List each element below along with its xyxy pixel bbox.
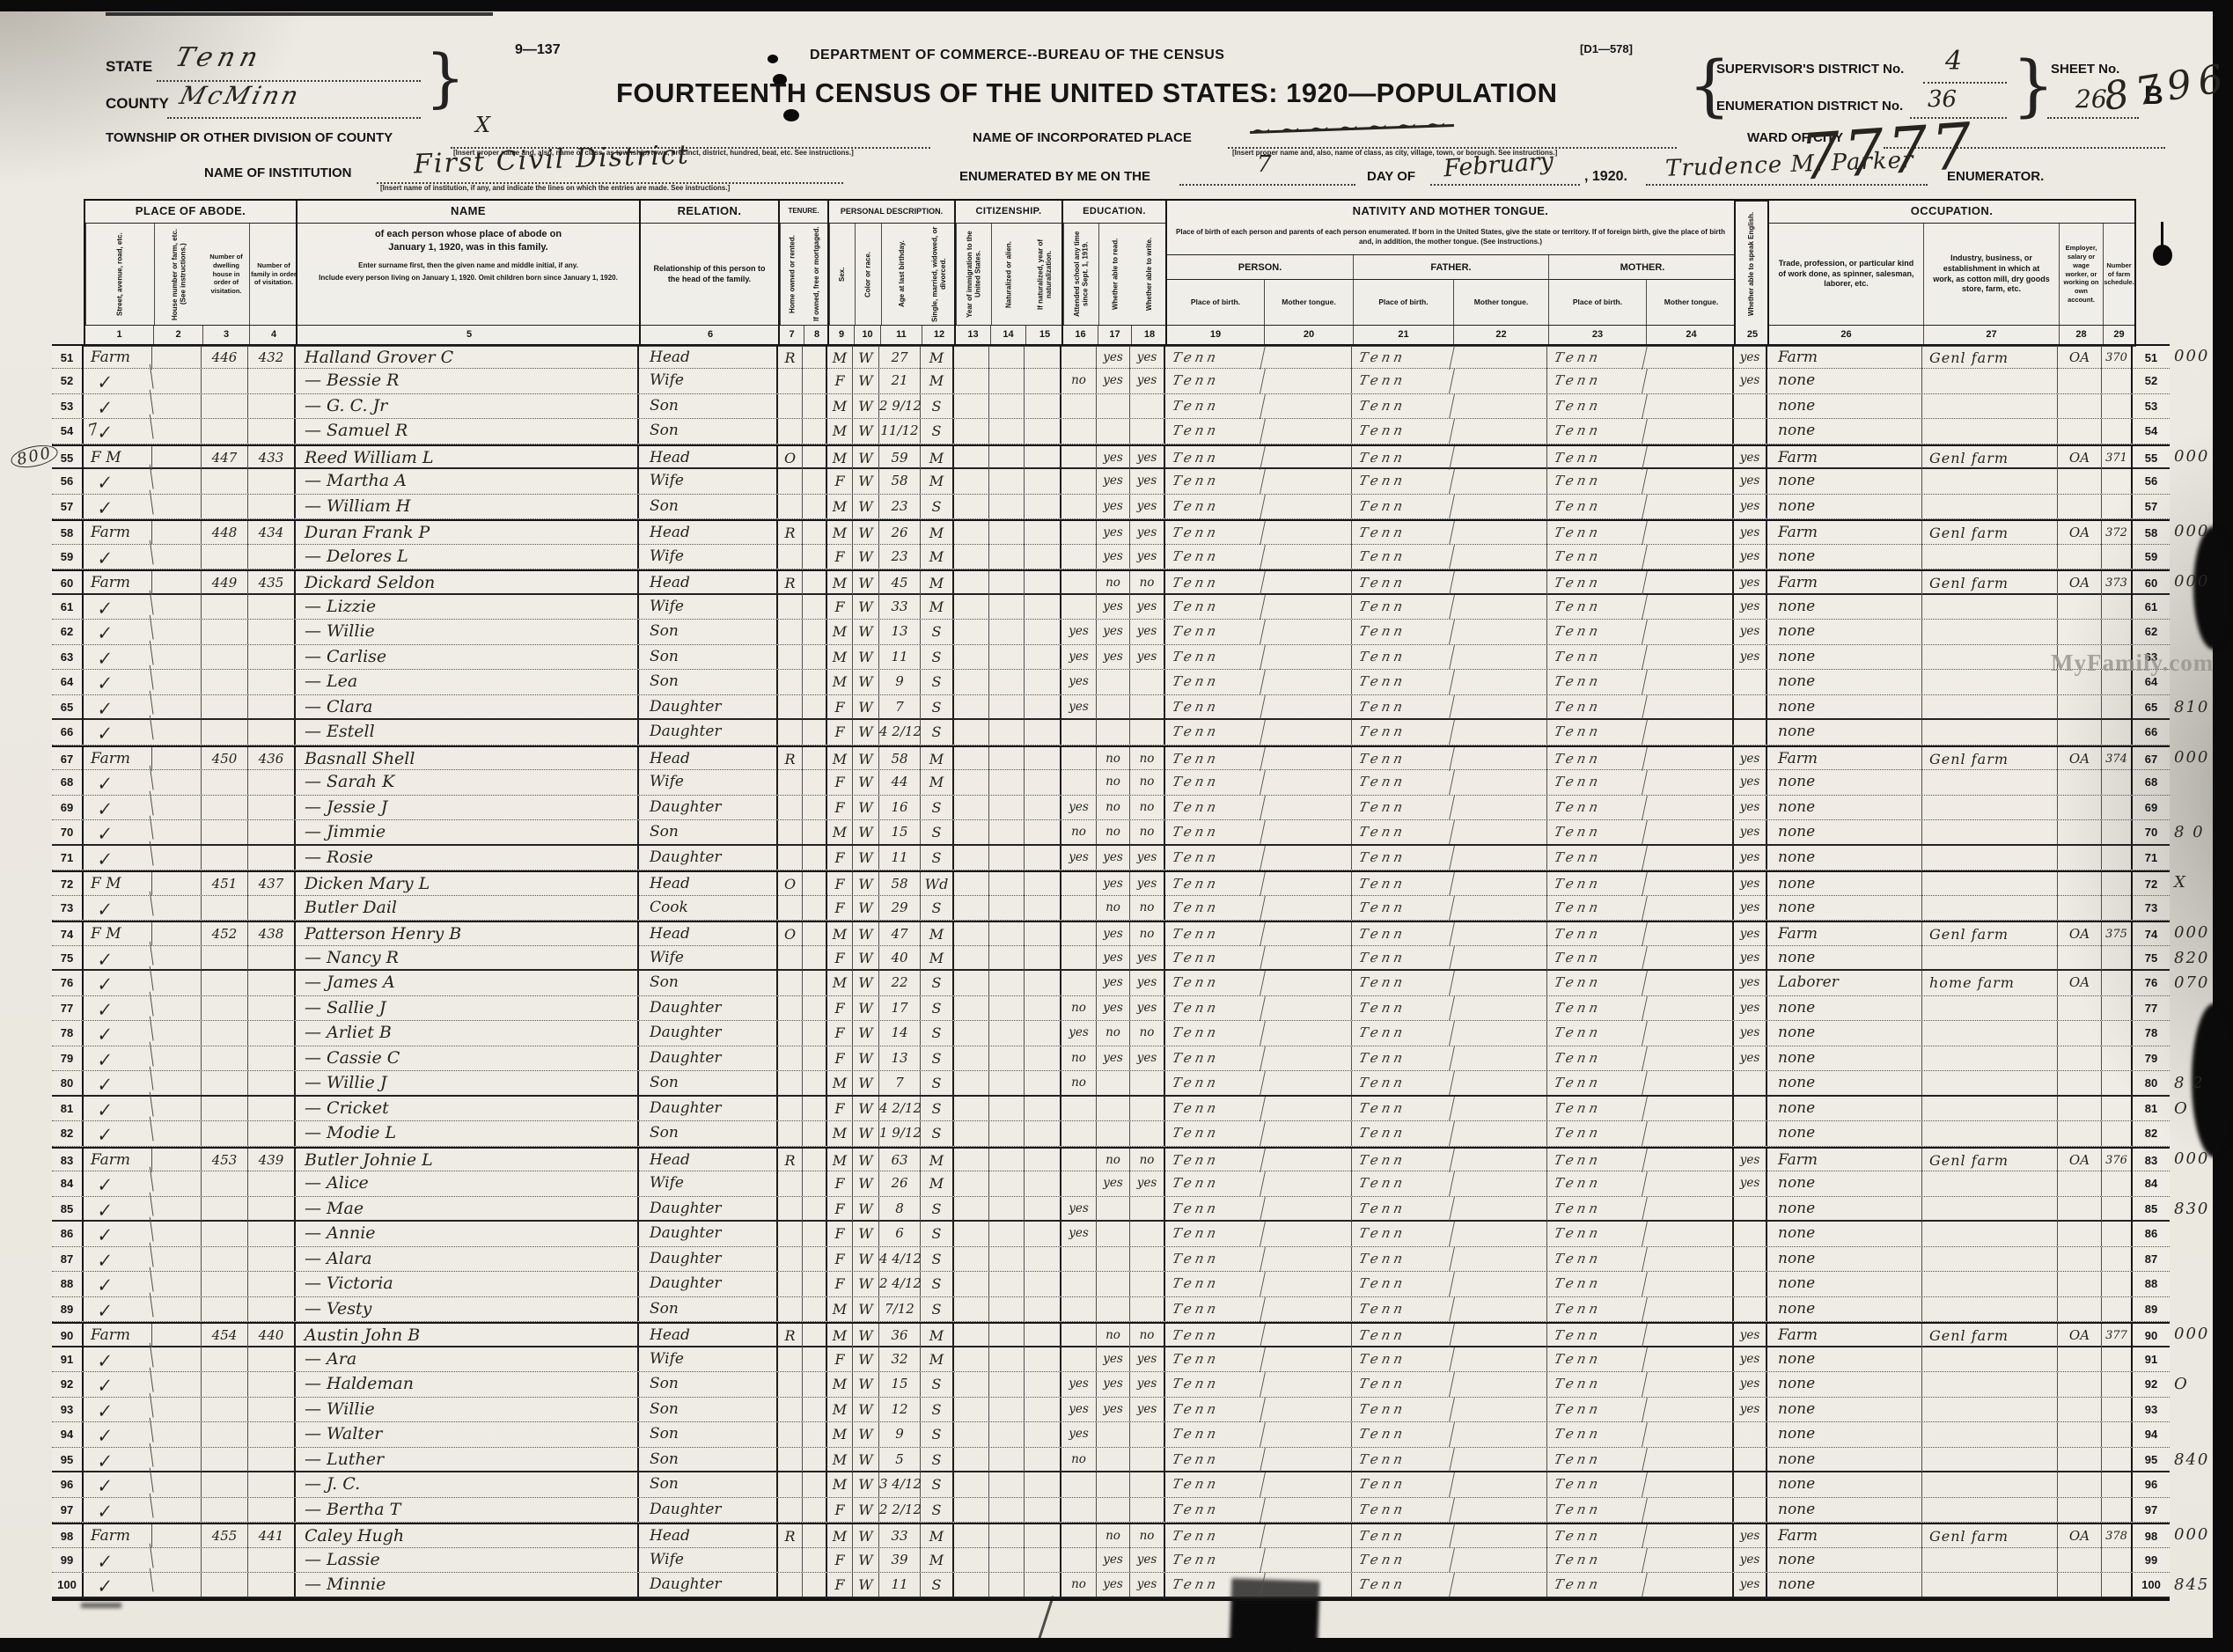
cell-attended-school	[1061, 971, 1097, 995]
cell-able-to-read	[1097, 1121, 1130, 1146]
cell-attended-school	[1061, 346, 1097, 370]
cell-naturalization-year	[1025, 1071, 1061, 1095]
cell-marital: S	[921, 1272, 954, 1296]
cell-trade: none	[1767, 770, 1922, 795]
line-number-left: 96	[52, 1472, 84, 1497]
cell-speak-english	[1734, 720, 1767, 745]
line-number-left: 51	[52, 346, 84, 370]
line-number-left: 73	[52, 896, 84, 921]
cell-marital: S	[921, 796, 954, 820]
cell-employer	[2058, 1247, 2102, 1272]
cell-color-race: W	[853, 796, 879, 820]
table-row: 72F M451437Dicken Mary LHeadOFW58Wdyesye…	[52, 870, 2170, 896]
line-number-right: 75	[2133, 946, 2170, 970]
cell-age: 47	[879, 922, 921, 946]
line-number-left: 58	[52, 521, 84, 545]
cell-pob-father: Tenn	[1349, 1524, 1455, 1548]
cell-able-to-read: yes	[1097, 521, 1130, 545]
cell-trade: none	[1767, 545, 1922, 569]
cell-mt-person	[1263, 1171, 1352, 1196]
cell-farm-schedule	[2102, 1197, 2133, 1221]
cell-able-to-read: no	[1097, 571, 1130, 595]
cell-pob-person: Tenn	[1163, 695, 1266, 719]
cell-speak-english	[1734, 1272, 1767, 1296]
cell-pob-mother: Tenn	[1545, 1498, 1648, 1523]
col-head-industry: Industry, business, or establishment in …	[1924, 224, 2060, 325]
cell-color-race: W	[853, 545, 879, 569]
cell-farm-schedule	[2102, 1121, 2133, 1146]
cell-house-number	[152, 620, 202, 644]
cell-pob-mother: Tenn	[1545, 846, 1648, 870]
cell-trade: none	[1767, 1372, 1922, 1397]
cell-mt-mother	[1645, 896, 1734, 921]
cell-attended-school	[1061, 595, 1097, 620]
cell-naturalized	[989, 1046, 1025, 1071]
table-header: PLACE OF ABODE. Street, avenue, road, et…	[84, 199, 2136, 347]
cell-dwelling-number	[202, 1398, 248, 1422]
cell-relation: Daughter	[639, 1573, 778, 1597]
cell-trade: none	[1767, 796, 1922, 820]
cell-trade: none	[1767, 720, 1922, 745]
cell-able-to-write: yes	[1130, 1347, 1165, 1372]
cell-pob-mother: Tenn	[1545, 971, 1648, 995]
cell-free-mortgaged	[803, 346, 827, 370]
cell-pob-person: Tenn	[1163, 1448, 1266, 1472]
cell-mt-father	[1452, 720, 1547, 745]
footer-print-smudge	[81, 1603, 121, 1608]
right-margin-scrawl: 000	[2174, 447, 2209, 466]
cell-free-mortgaged	[803, 1548, 827, 1573]
cell-home-owned	[778, 1372, 803, 1397]
cell-able-to-write: no	[1130, 922, 1165, 946]
cell-mt-person	[1263, 996, 1352, 1021]
cell-marital: S	[921, 846, 954, 870]
cell-pob-mother: Tenn	[1545, 747, 1648, 771]
cell-family-number	[248, 1347, 296, 1372]
cell-pob-person: Tenn	[1163, 1197, 1266, 1221]
cell-mt-mother	[1645, 1422, 1734, 1447]
cell-age: 32	[879, 1347, 921, 1372]
cell-speak-english: yes	[1734, 469, 1767, 494]
name-note-1: Enter surname first, then the given name…	[297, 260, 639, 272]
cell-family-number: 440	[248, 1324, 296, 1347]
cell-mt-person	[1263, 469, 1352, 494]
line-number-right: 89	[2133, 1297, 2170, 1322]
cell-naturalized	[989, 1524, 1025, 1548]
cell-able-to-write: no	[1130, 1524, 1165, 1548]
cell-age: 63	[879, 1149, 921, 1172]
cell-speak-english	[1734, 394, 1767, 419]
cell-farm-schedule: 371	[2102, 446, 2133, 470]
cell-house-number	[152, 1097, 202, 1121]
cell-sex: F	[827, 1021, 853, 1046]
cell-free-mortgaged	[803, 1297, 827, 1322]
table-row: 60Farm449435Dickard SeldonHeadRMW45Mnono…	[52, 569, 2170, 595]
cell-mt-father	[1452, 369, 1547, 393]
col-head-immigration-year: Year of immigration to the United States…	[956, 224, 991, 325]
cell-relation: Wife	[639, 770, 778, 795]
cell-age: 14	[879, 1021, 921, 1046]
cell-home-owned: R	[778, 1324, 803, 1347]
table-row: 75✓— Nancy RWifeFW40MyesyesTennTennTenny…	[52, 946, 2170, 972]
cell-family-number	[248, 394, 296, 419]
right-margin-scrawl: 845	[2174, 1575, 2209, 1594]
cell-attended-school: no	[1061, 1046, 1097, 1071]
cell-name: — Willie	[296, 1398, 639, 1422]
cell-mt-mother	[1645, 1121, 1734, 1146]
cell-mt-father	[1452, 946, 1547, 970]
col-number: 25	[1736, 326, 1769, 345]
cell-dwelling-number	[202, 1222, 248, 1246]
cell-pob-person: Tenn	[1163, 1498, 1266, 1523]
cell-naturalization-year	[1025, 419, 1061, 444]
right-margin-scrawl: 840	[2174, 1450, 2209, 1469]
cell-home-owned	[778, 1398, 803, 1422]
cell-color-race: W	[853, 896, 879, 921]
line-number-left: 63	[52, 645, 84, 670]
cell-age: 40	[879, 946, 921, 970]
cell-pob-father: Tenn	[1349, 1573, 1455, 1597]
cell-speak-english: yes	[1734, 1398, 1767, 1422]
cell-immigration-year	[954, 1197, 989, 1221]
cell-attended-school	[1061, 394, 1097, 419]
cell-mt-father	[1452, 1324, 1547, 1347]
nativity-person: PERSON.	[1167, 255, 1354, 279]
cell-pob-father: Tenn	[1349, 469, 1455, 494]
cell-speak-english: yes	[1734, 1021, 1767, 1046]
group-speak-english: Whether able to speak English. 25	[1736, 201, 1769, 345]
enumerated-day-line	[1179, 183, 1355, 186]
cell-pob-person: Tenn	[1163, 1121, 1266, 1146]
cell-dwelling-number: 452	[202, 922, 248, 946]
cell-home-owned	[778, 695, 803, 719]
cell-attended-school: no	[1061, 820, 1097, 844]
sheet-value: 26	[2075, 84, 2107, 114]
cell-trade: none	[1767, 620, 1922, 644]
cell-free-mortgaged	[803, 394, 827, 419]
cell-pob-person: Tenn	[1163, 1247, 1266, 1272]
cell-attended-school	[1061, 1472, 1097, 1497]
cell-pob-mother: Tenn	[1545, 1197, 1648, 1221]
cell-home-owned	[778, 946, 803, 970]
cell-free-mortgaged	[803, 1171, 827, 1196]
cell-marital: S	[921, 1197, 954, 1221]
cell-sex: M	[827, 394, 853, 419]
table-row: 95✓— LutherSonMW5SnoTennTennTennnone95	[52, 1448, 2170, 1473]
cell-free-mortgaged	[803, 922, 827, 946]
cell-naturalization-year	[1025, 720, 1061, 745]
cell-pob-father: Tenn	[1349, 695, 1455, 719]
line-number-right: 52	[2133, 369, 2170, 393]
cell-pob-father: Tenn	[1349, 820, 1455, 844]
cell-naturalized	[989, 1472, 1025, 1497]
cell-mt-father	[1452, 1197, 1547, 1221]
cell-family-number: 439	[248, 1149, 296, 1172]
cell-dwelling-number	[202, 369, 248, 393]
day-of-label: DAY OF	[1367, 169, 1415, 184]
cell-relation: Son	[639, 1472, 778, 1497]
cell-farm-schedule	[2102, 1171, 2133, 1196]
cell-naturalized	[989, 922, 1025, 946]
col-head-naturalized: Naturalized or alien.	[991, 224, 1026, 325]
cell-able-to-read: yes	[1097, 645, 1130, 670]
cell-farm-schedule	[2102, 595, 2133, 620]
cell-mt-mother	[1645, 1372, 1734, 1397]
supervisor-line	[1923, 81, 2007, 84]
cell-house-number	[152, 446, 202, 470]
cell-industry: Genl farm	[1922, 346, 2058, 370]
cell-age: 11	[879, 645, 921, 670]
cell-pob-father: Tenn	[1349, 1422, 1455, 1447]
cell-house-number	[152, 922, 202, 946]
cell-family-number	[248, 1448, 296, 1472]
cell-pob-person: Tenn	[1163, 872, 1266, 896]
cell-pob-mother: Tenn	[1545, 1347, 1648, 1372]
cell-free-mortgaged	[803, 720, 827, 745]
cell-relation: Head	[639, 1524, 778, 1548]
cell-farm-schedule	[2102, 846, 2133, 870]
cell-marital: M	[921, 770, 954, 795]
line-number-right: 70	[2133, 820, 2170, 844]
cell-mt-person	[1263, 1021, 1352, 1046]
cell-name: Basnall Shell	[296, 747, 639, 771]
cell-able-to-read	[1097, 1472, 1130, 1497]
table-row: 76✓— James ASonMW22SyesyesTennTennTennye…	[52, 971, 2170, 996]
cell-mt-father	[1452, 571, 1547, 595]
cell-age: 4 4/12	[879, 1247, 921, 1272]
cell-immigration-year	[954, 820, 989, 844]
table-body: 51Farm446432Halland Grover CHeadRMW27Mye…	[52, 344, 2170, 1601]
cell-dwelling-number	[202, 796, 248, 820]
cell-naturalized	[989, 695, 1025, 719]
cell-name: — Rosie	[296, 846, 639, 870]
cell-trade: Farm	[1767, 346, 1922, 370]
cell-name: — Bessie R	[296, 369, 639, 393]
cell-family-number	[248, 595, 296, 620]
cell-family-number	[248, 1097, 296, 1121]
cell-name: — Bertha T	[296, 1498, 639, 1523]
right-margin-scrawl: 000	[2174, 1525, 2209, 1544]
cell-age: 9	[879, 670, 921, 694]
cell-able-to-read: yes	[1097, 446, 1130, 470]
cell-age: 16	[879, 796, 921, 820]
cell-able-to-write: yes	[1130, 1171, 1165, 1196]
cell-pob-mother: Tenn	[1545, 1149, 1648, 1172]
cell-farm-schedule: 370	[2102, 346, 2133, 370]
cell-able-to-read: yes	[1097, 620, 1130, 644]
cell-trade: none	[1767, 1347, 1922, 1372]
cell-attended-school	[1061, 1171, 1097, 1196]
cell-able-to-write: yes	[1130, 645, 1165, 670]
cell-marital: M	[921, 1149, 954, 1172]
cell-naturalized	[989, 469, 1025, 494]
cell-sex: M	[827, 1071, 853, 1095]
cell-able-to-write	[1130, 1197, 1165, 1221]
cell-name: — Clara	[296, 695, 639, 719]
table-row: 56✓— Martha AWifeFW58MyesyesTennTennTenn…	[52, 469, 2170, 495]
cell-industry	[1922, 419, 2058, 444]
cell-employer	[2058, 796, 2102, 820]
cell-immigration-year	[954, 620, 989, 644]
cell-farm-schedule	[2102, 1548, 2133, 1573]
group-tenure: TENURE. Home owned or rented. If owned, …	[780, 201, 829, 345]
cell-name: — Lizzie	[296, 595, 639, 620]
cell-name: — Cricket	[296, 1097, 639, 1121]
cell-pob-father: Tenn	[1349, 846, 1455, 870]
cell-naturalization-year	[1025, 820, 1061, 844]
cell-free-mortgaged	[803, 369, 827, 393]
cell-attended-school	[1061, 1247, 1097, 1272]
cell-sex: M	[827, 419, 853, 444]
line-number-left: 91	[52, 1347, 84, 1372]
cell-able-to-write: yes	[1130, 346, 1165, 370]
cell-immigration-year	[954, 394, 989, 419]
cell-color-race: W	[853, 495, 879, 519]
cell-naturalization-year	[1025, 996, 1061, 1021]
cell-mt-mother	[1645, 369, 1734, 393]
cell-mt-father	[1452, 1046, 1547, 1071]
cell-naturalized	[989, 595, 1025, 620]
cell-sex: M	[827, 1524, 853, 1548]
cell-farm-schedule	[2102, 1398, 2133, 1422]
cell-mt-person	[1263, 670, 1352, 694]
cell-mt-father	[1452, 595, 1547, 620]
table-row: 68✓— Sarah KWifeFW44MnonoTennTennTennyes…	[52, 770, 2170, 796]
cell-pob-person: Tenn	[1163, 747, 1266, 771]
cell-able-to-read: yes	[1097, 1548, 1130, 1573]
table-row: 81✓— CricketDaughterFW4 2/12STennTennTen…	[52, 1097, 2170, 1122]
cell-family-number	[248, 896, 296, 921]
cell-color-race: W	[853, 620, 879, 644]
line-number-right: 57	[2133, 495, 2170, 519]
cell-dwelling-number	[202, 770, 248, 795]
cell-naturalized	[989, 495, 1025, 519]
incorporated-label: NAME OF INCORPORATED PLACE	[973, 130, 1192, 145]
cell-employer: OA	[2058, 1324, 2102, 1347]
cell-industry	[1922, 1121, 2058, 1146]
cell-attended-school	[1061, 446, 1097, 470]
table-row: 100✓— MinnieDaughterFW11SnoyesyesTennTen…	[52, 1573, 2170, 1598]
cell-marital: S	[921, 971, 954, 995]
scan-edge-bottom	[0, 1638, 2233, 1652]
cell-marital: S	[921, 1222, 954, 1246]
line-number-left: 93	[52, 1398, 84, 1422]
cell-home-owned	[778, 1171, 803, 1196]
cell-mt-father	[1452, 922, 1547, 946]
cell-mt-person	[1263, 820, 1352, 844]
cell-immigration-year	[954, 1097, 989, 1121]
cell-age: 7	[879, 1071, 921, 1095]
line-number-right: 55	[2133, 446, 2170, 470]
cell-free-mortgaged	[803, 1071, 827, 1095]
cell-pob-father: Tenn	[1349, 1472, 1455, 1497]
cell-immigration-year	[954, 1247, 989, 1272]
cell-trade: none	[1767, 1472, 1922, 1497]
cell-name: — Modie L	[296, 1121, 639, 1146]
cell-dwelling-number	[202, 620, 248, 644]
cell-able-to-read	[1097, 1272, 1130, 1296]
line-number-right: 51	[2133, 346, 2170, 370]
cell-family-number: 441	[248, 1524, 296, 1548]
cell-house-number	[152, 1197, 202, 1221]
cell-house-number	[152, 996, 202, 1021]
cell-pob-father: Tenn	[1349, 770, 1455, 795]
cell-mt-mother	[1645, 770, 1734, 795]
cell-naturalized	[989, 996, 1025, 1021]
cell-speak-english	[1734, 695, 1767, 719]
cell-industry	[1922, 1071, 2058, 1095]
cell-speak-english	[1734, 1222, 1767, 1246]
cell-sex: F	[827, 770, 853, 795]
cell-marital: S	[921, 1398, 954, 1422]
cell-trade: Farm	[1767, 446, 1922, 470]
cell-industry	[1922, 695, 2058, 719]
cell-home-owned	[778, 1197, 803, 1221]
cell-mt-person	[1263, 1347, 1352, 1372]
cell-attended-school	[1061, 872, 1097, 896]
cell-mt-father	[1452, 1347, 1547, 1372]
cell-able-to-read: yes	[1097, 495, 1130, 519]
cell-industry	[1922, 1222, 2058, 1246]
cell-dwelling-number	[202, 1097, 248, 1121]
cell-immigration-year	[954, 545, 989, 569]
cell-color-race: W	[853, 1297, 879, 1322]
cell-sex: M	[827, 1472, 853, 1497]
cell-relation: Daughter	[639, 796, 778, 820]
line-number-left: 71	[52, 846, 84, 870]
table-row: 52✓— Bessie RWifeFW21MnoyesyesTennTennTe…	[52, 369, 2170, 394]
cell-pob-father: Tenn	[1349, 1197, 1455, 1221]
cell-pob-mother: Tenn	[1545, 1171, 1648, 1196]
cell-farm-schedule	[2102, 1573, 2133, 1597]
cell-attended-school: yes	[1061, 796, 1097, 820]
cell-speak-english	[1734, 1297, 1767, 1322]
cell-family-number	[248, 820, 296, 844]
cell-employer	[2058, 770, 2102, 795]
cell-pob-mother: Tenn	[1545, 1372, 1648, 1397]
cell-sex: F	[827, 996, 853, 1021]
cell-mt-person	[1263, 1372, 1352, 1397]
dept-line: DEPARTMENT OF COMMERCE--BUREAU OF THE CE…	[810, 48, 1224, 63]
table-row: 97✓— Bertha TDaughterFW2 2/12STennTennTe…	[52, 1498, 2170, 1524]
cell-pob-mother: Tenn	[1545, 1121, 1648, 1146]
cell-immigration-year	[954, 846, 989, 870]
table-row: 87✓— AlaraDaughterFW4 4/12STennTennTennn…	[52, 1247, 2170, 1273]
cell-pob-father: Tenn	[1349, 872, 1455, 896]
cell-speak-english: yes	[1734, 1046, 1767, 1071]
cell-speak-english: yes	[1734, 946, 1767, 970]
cell-industry	[1922, 796, 2058, 820]
cell-trade: Laborer	[1767, 971, 1922, 995]
cell-attended-school: yes	[1061, 1398, 1097, 1422]
cell-relation: Daughter	[639, 1197, 778, 1221]
cell-immigration-year	[954, 521, 989, 545]
cell-trade: none	[1767, 1398, 1922, 1422]
cell-marital: S	[921, 1297, 954, 1322]
line-number-right: 72	[2133, 872, 2170, 896]
col-head-speak-english: Whether able to speak English.	[1736, 201, 1767, 326]
cell-immigration-year	[954, 1171, 989, 1196]
cell-speak-english: yes	[1734, 571, 1767, 595]
cell-able-to-write	[1130, 1222, 1165, 1246]
col-number: 7	[780, 326, 804, 345]
cell-naturalization-year	[1025, 595, 1061, 620]
cell-pob-person: Tenn	[1163, 1324, 1266, 1347]
cell-relation: Daughter	[639, 695, 778, 719]
cell-age: 4 2/12	[879, 1097, 921, 1121]
cell-mt-person	[1263, 747, 1352, 771]
cell-home-owned	[778, 1297, 803, 1322]
